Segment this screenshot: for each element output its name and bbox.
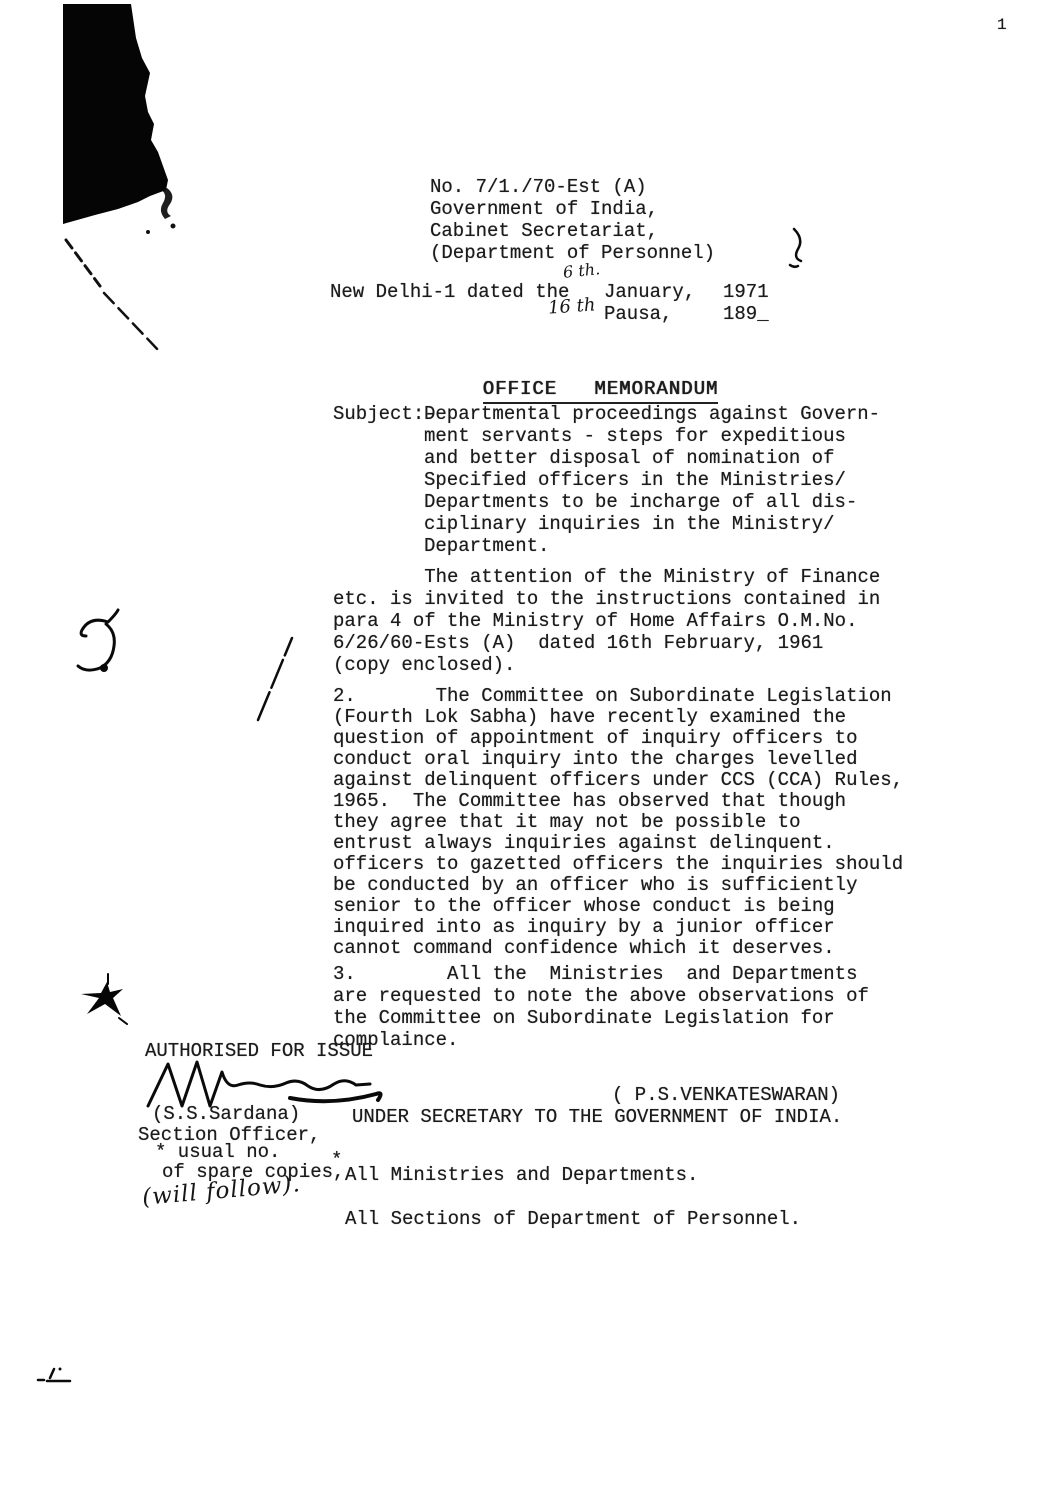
pen-hook-mark <box>780 225 820 270</box>
subject-label: Subject:- <box>333 403 436 425</box>
note-asterisk: * <box>331 1149 342 1171</box>
dateline-year: 1971 <box>723 281 769 303</box>
org-lines: Government of India, Cabinet Secretariat… <box>430 198 715 264</box>
paragraph-2: 2. The Committee on Subordinate Legislat… <box>333 686 903 959</box>
memo-page: No. 7/1./70-Est (A) Government of India,… <box>0 0 1055 1492</box>
star-blot <box>75 972 145 1032</box>
handwritten-day-saka: 16 th <box>547 294 596 318</box>
dateline-saka-month: Pausa, <box>604 303 672 325</box>
subject-text: Departmental proceedings against Govern-… <box>424 403 880 557</box>
reference-number: No. 7/1./70-Est (A) <box>430 176 647 198</box>
paragraph-3: 3. All the Ministries and Departments ar… <box>333 963 869 1051</box>
page-number-mark: 1 <box>997 14 1007 36</box>
memo-title-text: OFFICE MEMORANDUM <box>483 378 719 404</box>
signed-name-left: (S.S.Sardana) <box>152 1103 300 1125</box>
distribution-ministries: All Ministries and Departments. <box>345 1164 698 1186</box>
dateline-place: New Delhi-1 dated the <box>330 281 569 303</box>
bottom-left-marks <box>30 1362 110 1392</box>
handwritten-day-gregorian: 6 th. <box>562 259 601 282</box>
dateline-month: January, <box>604 281 695 303</box>
ink-blot-top-left <box>0 0 300 380</box>
paragraph-1: The attention of the Ministry of Finance… <box>333 566 880 676</box>
distribution-sections: All Sections of Department of Personnel. <box>345 1208 801 1230</box>
note-usual-no: * usual no. <box>155 1141 280 1163</box>
pen-curl-mark <box>68 608 138 698</box>
slash-mark <box>240 630 310 730</box>
dateline-saka-year: 189_ <box>723 303 769 325</box>
signed-name-right: ( P.S.VENKATESWARAN) <box>612 1084 840 1106</box>
designation-right: UNDER SECRETARY TO THE GOVERNMENT OF IND… <box>352 1106 842 1128</box>
